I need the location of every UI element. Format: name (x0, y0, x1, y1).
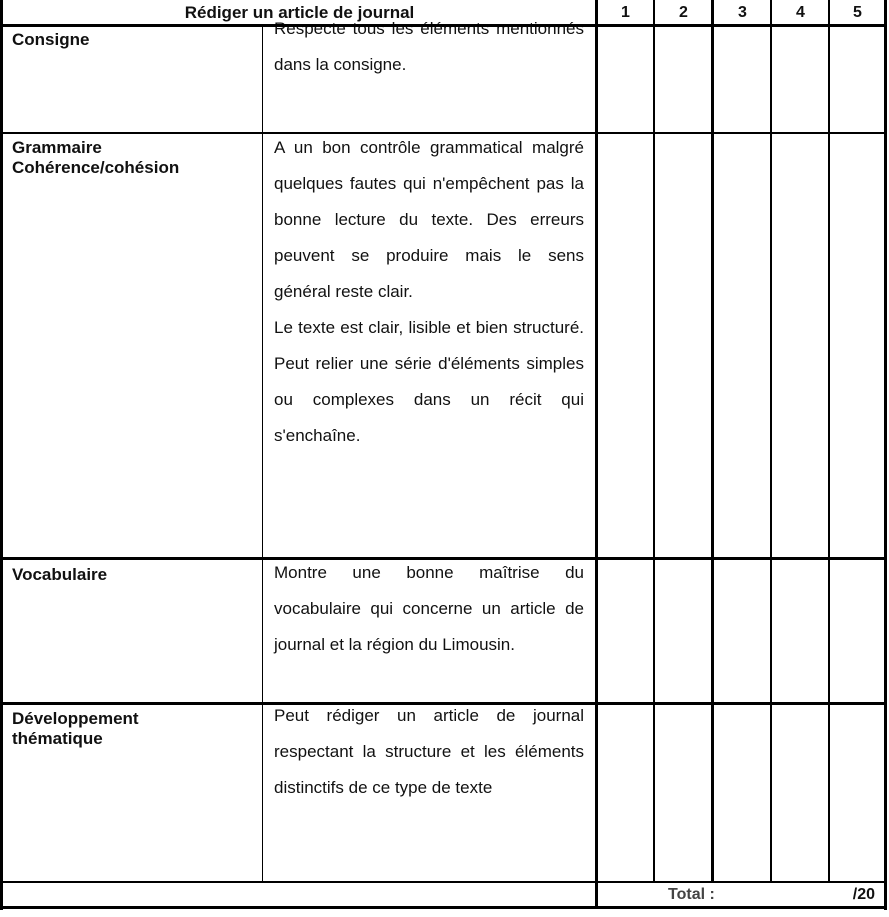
score-cell[interactable] (830, 27, 884, 132)
evaluation-grid: Rédiger un article de journal 1 2 3 4 5 … (0, 0, 889, 917)
description-vocabulaire: Montre une bonne maîtrise du vocabulaire… (263, 555, 596, 703)
score-cell[interactable] (830, 560, 884, 702)
score-cell[interactable] (714, 705, 770, 881)
criterion-line: Cohérence/cohésion (12, 158, 262, 178)
criterion-line: Grammaire (12, 138, 262, 158)
criterion-vocabulaire: Vocabulaire (0, 563, 262, 703)
score-column-header-1: 1 (597, 0, 654, 26)
description-paragraph: Peut rédiger un article de journal respe… (274, 698, 584, 806)
score-column-header-5: 5 (830, 0, 885, 26)
row-divider (0, 702, 887, 705)
description-paragraph: Le texte est clair, lisible et bien stru… (274, 310, 584, 454)
score-cell[interactable] (714, 27, 770, 132)
score-cell[interactable] (772, 27, 828, 132)
criterion-consigne: Consigne (0, 28, 262, 133)
description-paragraph: A un bon contrôle grammatical malgré que… (274, 130, 584, 310)
column-divider (653, 0, 655, 882)
column-divider (828, 0, 830, 882)
description-grammaire: A un bon contrôle grammatical malgré que… (263, 130, 596, 558)
score-cell[interactable] (830, 705, 884, 881)
score-cell[interactable] (772, 705, 828, 881)
score-cell[interactable] (714, 560, 770, 702)
column-divider (262, 26, 263, 882)
score-cell[interactable] (655, 560, 711, 702)
score-cell[interactable] (598, 134, 653, 557)
border-right (884, 0, 887, 910)
score-column-header-3: 3 (714, 0, 771, 26)
column-divider (711, 0, 714, 882)
score-cell[interactable] (655, 27, 711, 132)
description-paragraph: Respecte tous les éléments mentionnés da… (274, 11, 584, 83)
row-divider (0, 132, 887, 134)
total-label: Total : (668, 882, 768, 909)
score-cell[interactable] (830, 134, 884, 557)
score-cell[interactable] (714, 134, 770, 557)
score-cell[interactable] (598, 705, 653, 881)
score-cell[interactable] (655, 134, 711, 557)
row-divider (0, 557, 887, 560)
border-left (0, 0, 3, 910)
score-cell[interactable] (655, 705, 711, 881)
description-consigne: Respecte tous les éléments mentionnés da… (263, 11, 596, 133)
criterion-grammaire: Grammaire Cohérence/cohésion (0, 136, 262, 556)
criterion-line: Développement (12, 709, 262, 729)
criterion-developpement: Développement thématique (0, 707, 262, 882)
score-cell[interactable] (772, 560, 828, 702)
header-divider (0, 24, 887, 27)
score-column-header-4: 4 (772, 0, 829, 26)
column-divider (595, 0, 598, 909)
border-bottom (0, 906, 887, 909)
description-developpement: Peut rédiger un article de journal respe… (263, 698, 596, 882)
description-paragraph: Montre une bonne maîtrise du vocabulaire… (274, 555, 584, 663)
score-cell[interactable] (598, 27, 653, 132)
column-divider (770, 0, 772, 882)
total-max: /20 (772, 882, 885, 909)
criterion-line: thématique (12, 729, 262, 749)
score-column-header-2: 2 (655, 0, 712, 26)
row-divider (0, 881, 887, 883)
score-cell[interactable] (772, 134, 828, 557)
score-cell[interactable] (598, 560, 653, 702)
